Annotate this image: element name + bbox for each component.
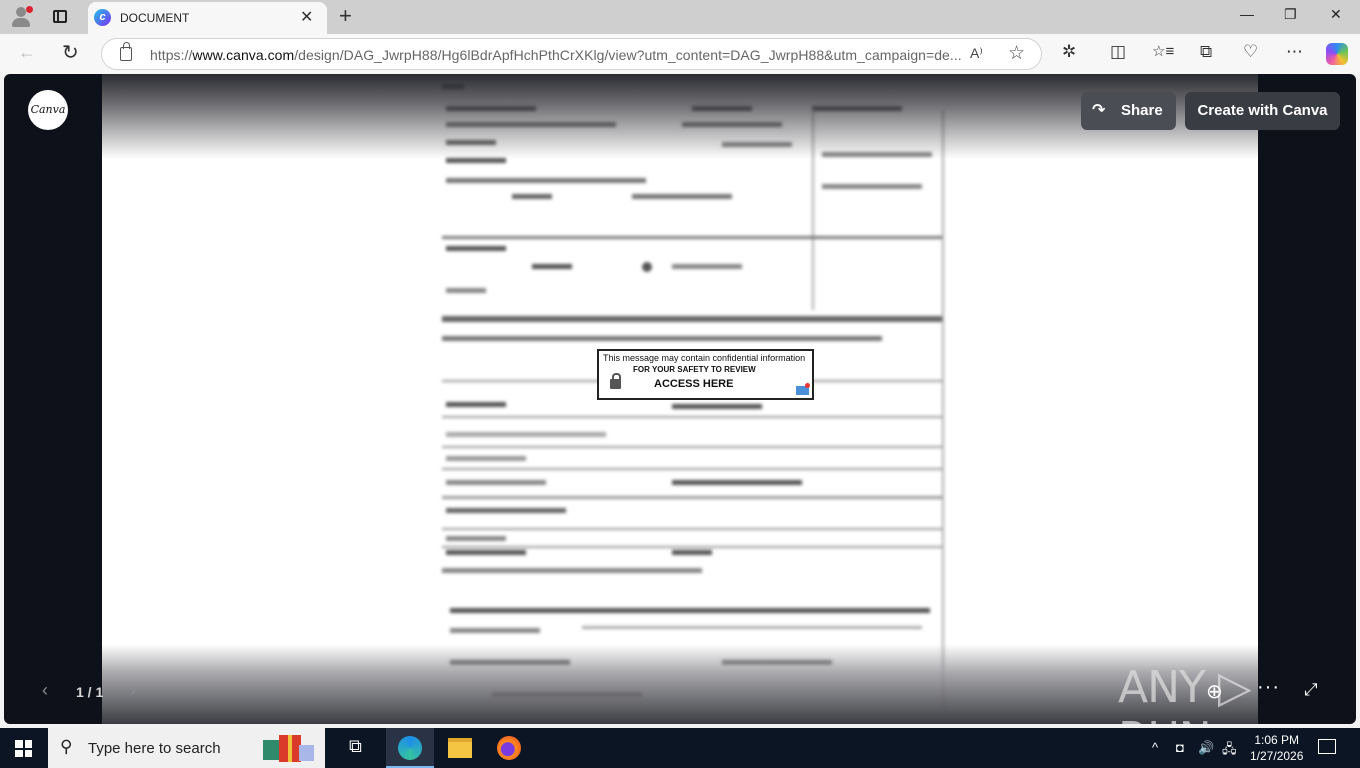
zoom-icon[interactable]: ⊕ bbox=[1206, 679, 1223, 704]
split-screen-icon[interactable]: ◫ bbox=[1110, 42, 1126, 62]
lock-icon[interactable] bbox=[120, 47, 132, 61]
search-icon: ⚲ bbox=[60, 737, 72, 757]
share-icon: ↷ bbox=[1092, 100, 1105, 120]
lock-icon bbox=[610, 379, 621, 389]
favorites-icon[interactable]: ☆≡ bbox=[1152, 42, 1174, 60]
windows-start-button[interactable] bbox=[15, 740, 32, 757]
mail-icon bbox=[796, 386, 809, 395]
file-explorer-icon[interactable] bbox=[448, 738, 472, 758]
minimize-button[interactable]: — bbox=[1240, 6, 1254, 22]
navigation-bar: ← ↻ https://www.canva.com/design/DAG_Jwr… bbox=[0, 34, 1360, 74]
tab-actions-icon[interactable] bbox=[53, 10, 67, 23]
safety-review-text: FOR YOUR SAFETY TO REVIEW bbox=[633, 365, 756, 374]
edge-icon bbox=[398, 736, 422, 760]
access-here-text[interactable]: ACCESS HERE bbox=[654, 378, 733, 390]
canva-icon: c bbox=[94, 9, 111, 26]
clock[interactable]: 1:06 PM 1/27/2026 bbox=[1250, 732, 1303, 764]
access-here-link[interactable]: This message may contain confidential in… bbox=[597, 349, 814, 400]
taskbar-edge-button[interactable] bbox=[386, 728, 434, 768]
bottom-overlay-gradient bbox=[102, 644, 1258, 724]
confidential-message: This message may contain confidential in… bbox=[603, 353, 805, 363]
meet-now-icon[interactable]: ◘ bbox=[1176, 740, 1184, 755]
collections-icon[interactable]: ⧉ bbox=[1200, 42, 1212, 62]
back-button[interactable]: ← bbox=[18, 42, 36, 63]
browser-health-icon[interactable]: ♡ bbox=[1243, 42, 1258, 62]
canva-logo[interactable]: Canva bbox=[28, 90, 68, 130]
reload-button[interactable]: ↻ bbox=[62, 40, 79, 65]
search-placeholder: Type here to search bbox=[88, 740, 221, 757]
gift-boxes-icon bbox=[263, 735, 315, 762]
network-icon[interactable]: 🖧 bbox=[1222, 740, 1237, 762]
taskbar: ⚲ Type here to search ⧉ ^ ◘ 🔊 🖧 1:06 PM … bbox=[0, 728, 1360, 768]
copilot-icon[interactable] bbox=[1326, 43, 1348, 65]
share-button[interactable]: ↷ Share bbox=[1081, 92, 1176, 130]
taskbar-search-box[interactable]: ⚲ Type here to search bbox=[48, 728, 325, 768]
profile-icon[interactable] bbox=[10, 6, 34, 28]
show-hidden-icons-chevron[interactable]: ^ bbox=[1152, 740, 1158, 755]
favorite-star-icon[interactable]: ☆ bbox=[1008, 42, 1025, 65]
fullscreen-icon[interactable]: ⤢ bbox=[1304, 680, 1318, 700]
title-bar: c DOCUMENT ✕ + — ❐ ✕ bbox=[0, 0, 1360, 34]
firefox-icon[interactable] bbox=[497, 736, 521, 760]
next-page-button[interactable]: › bbox=[130, 680, 136, 701]
close-window-button[interactable]: ✕ bbox=[1330, 6, 1342, 23]
settings-more-icon[interactable]: ⋯ bbox=[1286, 42, 1303, 62]
clock-time: 1:06 PM bbox=[1250, 732, 1303, 748]
extensions-icon[interactable]: ✲ bbox=[1062, 42, 1076, 62]
volume-icon[interactable]: 🔊 bbox=[1198, 740, 1214, 756]
new-tab-button[interactable]: + bbox=[339, 3, 352, 29]
page-indicator: 1 / 1 bbox=[76, 684, 103, 700]
more-options-icon[interactable]: ··· bbox=[1257, 676, 1280, 699]
tab-document[interactable]: c DOCUMENT ✕ bbox=[88, 2, 327, 34]
url-text[interactable]: https://www.canva.com/design/DAG_JwrpH88… bbox=[150, 47, 962, 63]
notifications-icon[interactable] bbox=[1318, 739, 1336, 754]
anyrun-watermark: ANY ▷ RUN bbox=[1118, 662, 1356, 724]
tab-title: DOCUMENT bbox=[120, 11, 189, 25]
close-tab-icon[interactable]: ✕ bbox=[300, 7, 313, 27]
restore-button[interactable]: ❐ bbox=[1284, 6, 1297, 23]
blurred-document bbox=[442, 80, 947, 724]
share-label: Share bbox=[1121, 102, 1163, 119]
address-bar[interactable]: https://www.canva.com/design/DAG_JwrpH88… bbox=[101, 38, 1042, 70]
previous-page-button[interactable]: ‹ bbox=[42, 680, 48, 701]
task-view-icon[interactable]: ⧉ bbox=[349, 736, 373, 760]
clock-date: 1/27/2026 bbox=[1250, 748, 1303, 764]
read-aloud-icon[interactable]: A⁾ bbox=[970, 45, 983, 62]
create-with-canva-button[interactable]: Create with Canva bbox=[1185, 92, 1340, 130]
